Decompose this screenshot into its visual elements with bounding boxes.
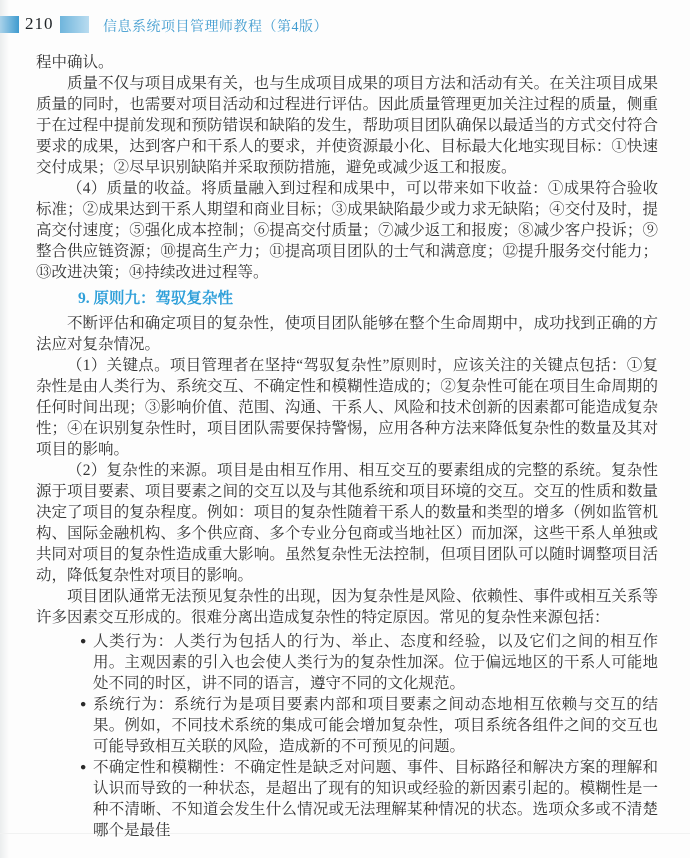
list-item-text: 系统行为：系统行为是项目要素内部和项目要素之间动态地相互依赖与交互的结果。例如，… [93, 696, 658, 755]
list-item-text: 人类行为：人类行为包括人的行为、举止、态度和经验，以及它们之间的相互作用。主观因… [93, 633, 658, 692]
paragraph-quality-benefits: （4）质量的收益。将质量融入到过程和成果中，可以带来如下收益：①成果符合验收标准… [36, 178, 658, 283]
page-number: 210 [25, 14, 54, 34]
book-title: 信息系统项目管理师教程（第4版） [103, 16, 328, 36]
header-accent-block-left [0, 16, 19, 33]
paragraph-key-points: （1）关键点。项目管理者在坚持“驾驭复杂性”原则时，应该关注的关键点包括：①复杂… [36, 355, 658, 460]
list-item: 系统行为：系统行为是项目要素内部和项目要素之间动态地相互依赖与交互的结果。例如，… [36, 694, 658, 757]
complexity-sources-list: 人类行为：人类行为包括人的行为、举止、态度和经验，以及它们之间的相互作用。主观因… [36, 631, 658, 841]
page-body: 程中确认。 质量不仅与项目成果有关，也与生成项目成果的项目方法和活动有关。在关注… [36, 52, 658, 841]
paragraph-quality: 质量不仅与项目成果有关，也与生成项目成果的项目方法和活动有关。在关注项目成果质量… [36, 73, 658, 178]
bullet-icon [80, 631, 86, 652]
scanned-book-page: 210 信息系统项目管理师教程（第4版） 程中确认。 质量不仅与项目成果有关，也… [0, 0, 690, 858]
page-header: 210 信息系统项目管理师教程（第4版） [0, 13, 690, 35]
paragraph-assess-complexity: 不断评估和确定项目的复杂性，使项目团队能够在整个生命周期中，成功找到正确的方法应… [36, 313, 658, 355]
list-item: 人类行为：人类行为包括人的行为、举止、态度和经验，以及它们之间的相互作用。主观因… [36, 631, 658, 694]
list-item: 不确定性和模糊性：不确定性是缺乏对问题、事件、目标路径和解决方案的理解和认识而导… [36, 757, 658, 841]
bullet-icon [80, 757, 86, 778]
header-accent-block-mid [60, 16, 89, 33]
scan-shadow-left [0, 0, 9, 858]
bullet-icon [80, 694, 86, 715]
section-heading-principle-9: 9. 原则九：驾驭复杂性 [78, 288, 658, 309]
paragraph-unforeseen-complexity: 项目团队通常无法预见复杂性的出现，因为复杂性是风险、依赖性、事件或相互关系等许多… [36, 586, 658, 628]
list-item-text: 不确定性和模糊性：不确定性是缺乏对问题、事件、目标路径和解决方案的理解和认识而导… [93, 759, 658, 839]
paragraph-continuation: 程中确认。 [36, 52, 658, 73]
paragraph-complexity-sources: （2）复杂性的来源。项目是由相互作用、相互交互的要素组成的完整的系统。复杂性源于… [36, 460, 658, 586]
